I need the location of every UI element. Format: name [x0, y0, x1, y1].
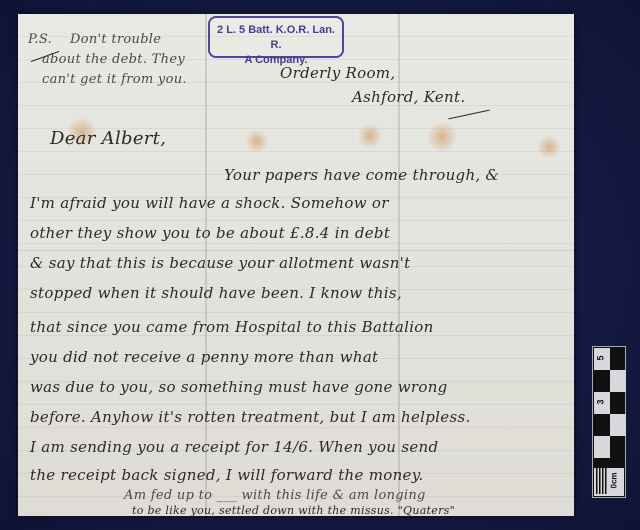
body-line: was due to you, so something must have g… [30, 378, 448, 396]
address-line2: Ashford, Kent. [352, 88, 465, 106]
body-line: & say that this is because your allotmen… [30, 254, 410, 272]
body-line: Your papers have come through, & [224, 166, 499, 184]
salutation: Dear Albert, [50, 128, 166, 149]
body-line: other they show you to be about £.8.4 in… [30, 224, 390, 242]
body-line: before. Anyhow it's rotten treatment, bu… [30, 408, 471, 426]
body-line: I am sending you a receipt for 14/6. Whe… [30, 438, 438, 456]
stamp-line1: 2 L. 5 Batt. K.O.R. Lan. R. [210, 23, 342, 53]
fold-line [18, 250, 574, 251]
scale-bar: 5 4 3 2 1 0cm [592, 346, 626, 498]
scale-base: 0cm [594, 468, 624, 496]
letter-paper: P.S. Don't trouble about the debt. They … [18, 14, 574, 516]
body-line: I'm afraid you will have a shock. Someho… [30, 194, 389, 212]
stain [358, 124, 382, 148]
stain [428, 122, 456, 152]
closing-line: to be like you, settled down with the mi… [132, 504, 455, 517]
stain [246, 130, 268, 152]
closing-line: Am fed up to ___ with this life & am lon… [124, 488, 426, 503]
postscript-line: can't get it from you. [42, 72, 187, 87]
address-line1: Orderly Room, [280, 64, 395, 82]
scale-mark: 3 [596, 399, 606, 404]
body-line: that since you came from Hospital to thi… [30, 318, 434, 336]
scale-mark: 2 [612, 421, 622, 426]
stain [538, 136, 560, 158]
address-underline [448, 110, 489, 120]
regimental-stamp: 2 L. 5 Batt. K.O.R. Lan. R. A Company. [208, 16, 344, 58]
body-line: the receipt back signed, I will forward … [30, 466, 424, 484]
body-line: stopped when it should have been. I know… [30, 284, 402, 302]
body-line: you did not receive a penny more than wh… [30, 348, 378, 366]
scale-unit-label: 0cm [610, 472, 619, 488]
scale-ticks [596, 468, 608, 494]
scale-mark: 1 [596, 453, 606, 458]
postscript-line: Don't trouble [70, 32, 161, 47]
postscript-label: P.S. [28, 32, 52, 47]
scale-mark: 5 [596, 355, 606, 360]
postscript-line: about the debt. They [42, 52, 185, 67]
scale-mark: 4 [612, 377, 622, 382]
